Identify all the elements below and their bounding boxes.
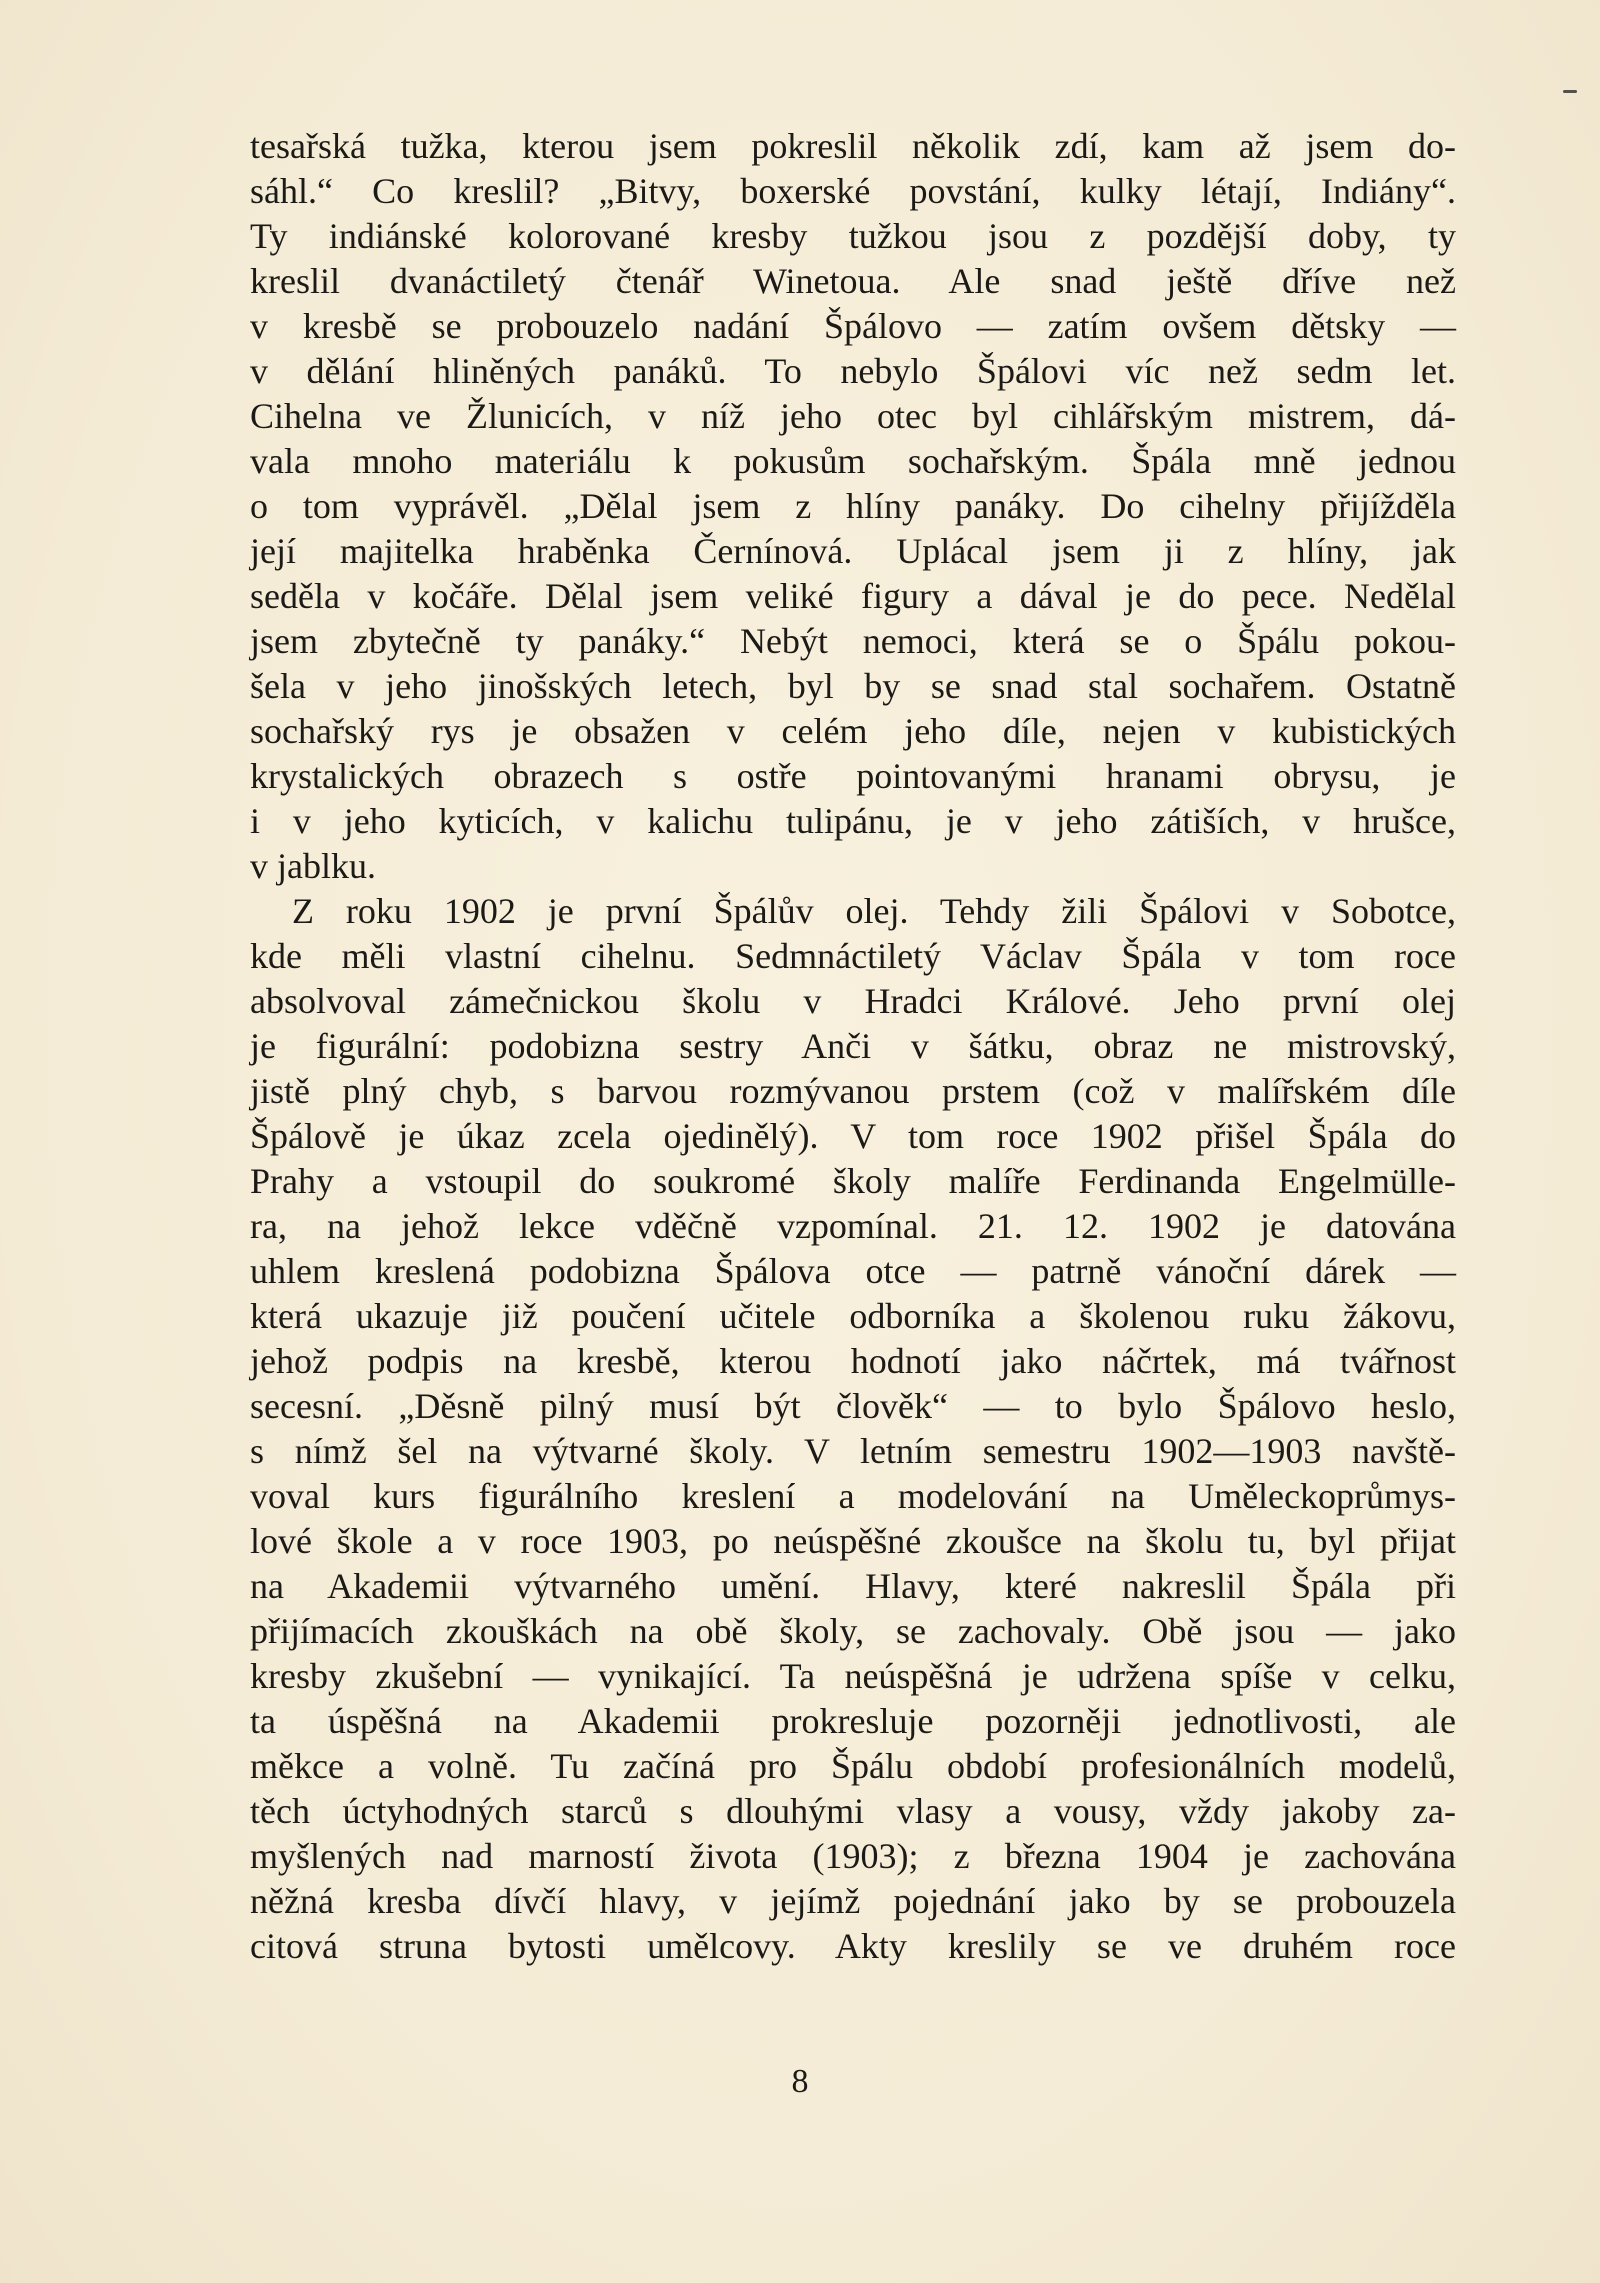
text-line: voval kurs figurálního kreslení a modelo… [250, 1474, 1456, 1519]
text-line: tesařská tužka, kterou jsem pokreslil ně… [250, 124, 1456, 169]
text-line: Ty indiánské kolorované kresby tužkou js… [250, 214, 1456, 259]
text-line: i v jeho kyticích, v kalichu tulipánu, j… [250, 799, 1456, 844]
text-line: lové škole a v roce 1903, po neúspěšné z… [250, 1519, 1456, 1564]
text-line: šela v jeho jinošských letech, byl by se… [250, 664, 1456, 709]
text-line: o tom vyprávěl. „Dělal jsem z hlíny paná… [250, 484, 1456, 529]
page-number: 8 [0, 2062, 1600, 2102]
text-line: měkce a volně. Tu začíná pro Špálu obdob… [250, 1744, 1456, 1789]
text-line: která ukazuje již poučení učitele odborn… [250, 1294, 1456, 1339]
text-line: vala mnoho materiálu k pokusům sochařský… [250, 439, 1456, 484]
text-line: její majitelka hraběnka Černínová. Uplác… [250, 529, 1456, 574]
text-line: secesní. „Děsně pilný musí být člověk“ —… [250, 1384, 1456, 1429]
text-line: Cihelna ve Žlunicích, v níž jeho otec by… [250, 394, 1456, 439]
text-line: Špálově je úkaz zcela ojedinělý). V tom … [250, 1114, 1456, 1159]
paragraph-first-line: Z roku 1902 je první Špálův olej. Tehdy … [250, 889, 1456, 934]
text-line: něžná kresba dívčí hlavy, v jejímž pojed… [250, 1879, 1456, 1924]
text-line: myšlených nad marností života (1903); z … [250, 1834, 1456, 1879]
text-line: v jablku. [250, 844, 1456, 889]
text-line: je figurální: podobizna sestry Anči v šá… [250, 1024, 1456, 1069]
text-line: ra, na jehož lekce vděčně vzpomínal. 21.… [250, 1204, 1456, 1249]
text-line: s nímž šel na výtvarné školy. V letním s… [250, 1429, 1456, 1474]
text-line: jistě plný chyb, s barvou rozmývanou prs… [250, 1069, 1456, 1114]
text-line: přijímacích zkouškách na obě školy, se z… [250, 1609, 1456, 1654]
text-line: absolvoval zámečnickou školu v Hradci Kr… [250, 979, 1456, 1024]
text-line: v dělání hliněných panáků. To nebylo Špá… [250, 349, 1456, 394]
text-line: uhlem kreslená podobizna Špálova otce — … [250, 1249, 1456, 1294]
text-line: kreslil dvanáctiletý čtenář Winetoua. Al… [250, 259, 1456, 304]
text-line: krystalických obrazech s ostře pointovan… [250, 754, 1456, 799]
text-line: jehož podpis na kresbě, kterou hodnotí j… [250, 1339, 1456, 1384]
text-line: seděla v kočáře. Dělal jsem veliké figur… [250, 574, 1456, 619]
text-line: těch úctyhodných starců s dlouhými vlasy… [250, 1789, 1456, 1834]
text-line: Prahy a vstoupil do soukromé školy malíř… [250, 1159, 1456, 1204]
text-line: sáhl.“ Co kreslil? „Bitvy, boxerské povs… [250, 169, 1456, 214]
text-line: na Akademii výtvarného umění. Hlavy, kte… [250, 1564, 1456, 1609]
text-line: kresby zkušební — vynikající. Ta neúspěš… [250, 1654, 1456, 1699]
book-page: tesařská tužka, kterou jsem pokreslil ně… [0, 0, 1600, 2283]
text-line: citová struna bytosti umělcovy. Akty kre… [250, 1924, 1456, 1969]
text-line: jsem zbytečně ty panáky.“ Nebýt nemoci, … [250, 619, 1456, 664]
text-line: ta úspěšná na Akademii prokresluje pozor… [250, 1699, 1456, 1744]
body-text: tesařská tužka, kterou jsem pokreslil ně… [250, 124, 1456, 1969]
text-line: kde měli vlastní cihelnu. Sedmnáctiletý … [250, 934, 1456, 979]
ink-speck [1563, 90, 1577, 93]
text-line: sochařský rys je obsažen v celém jeho dí… [250, 709, 1456, 754]
text-line: v kresbě se probouzelo nadání Špálovo — … [250, 304, 1456, 349]
